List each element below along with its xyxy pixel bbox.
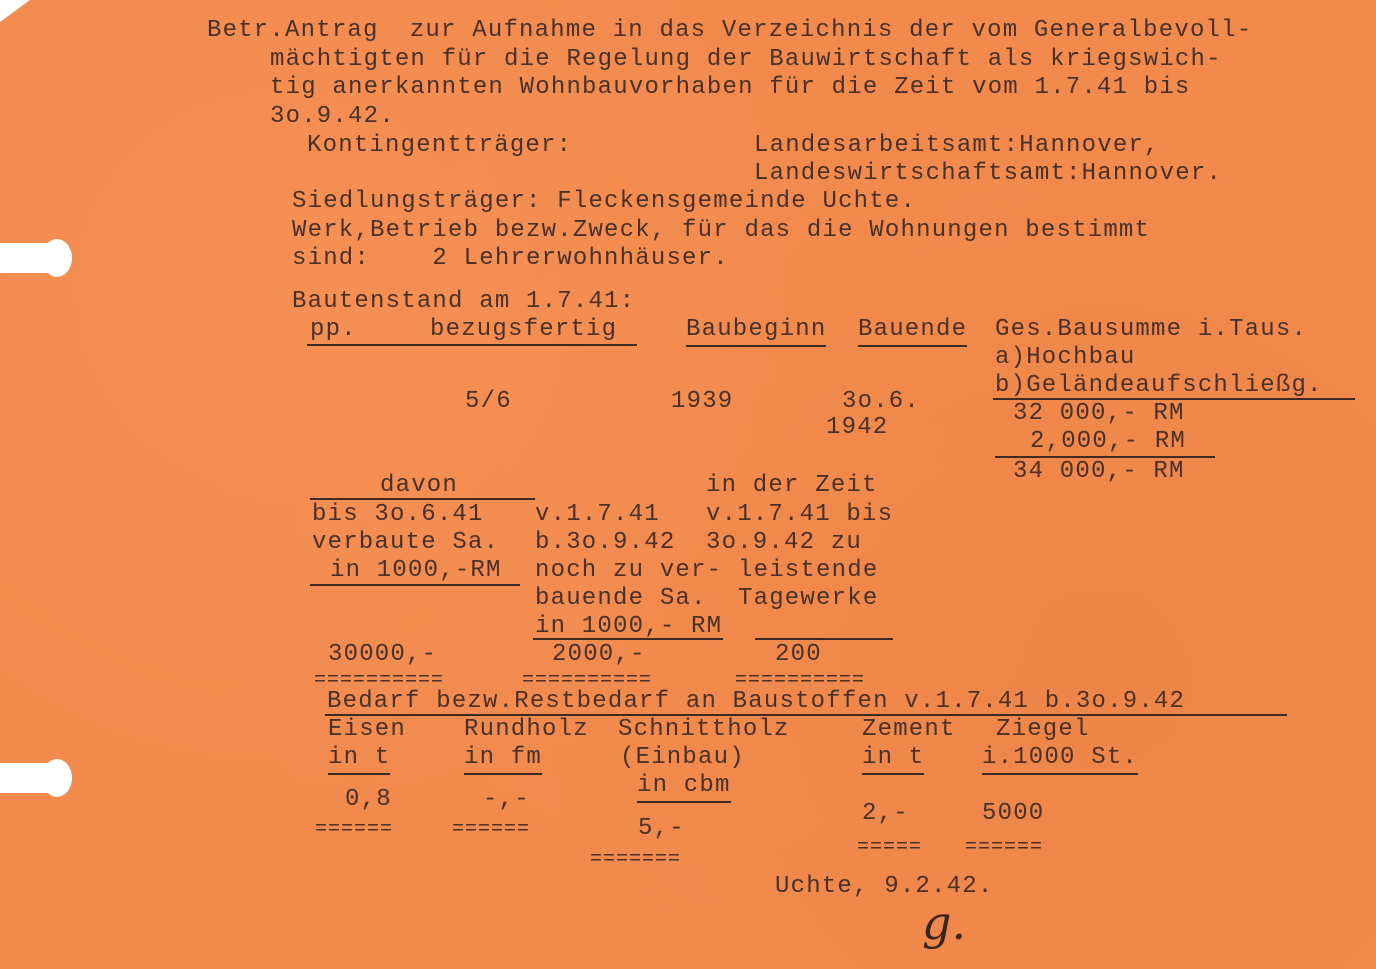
- header-hochbau: a)Hochbau: [995, 344, 1135, 372]
- kontingent-value-2: Landeswirtschaftsamt:Hannover.: [754, 160, 1222, 188]
- zeit-label: in der Zeit: [706, 472, 878, 500]
- subject-line-2: mächtigten für die Regelung der Bauwirts…: [270, 46, 1222, 74]
- eisen-unit: in t: [328, 744, 390, 775]
- col2-line-4: bauende Sa.: [535, 585, 707, 613]
- subject-line-3: tig anerkannten Wohnbauvorhaben für die …: [270, 74, 1191, 102]
- zement-name: Zement: [862, 716, 956, 744]
- header-pp: pp.: [310, 316, 357, 344]
- value-tagewerke: 200: [775, 641, 822, 669]
- header-baubeginn: Baubeginn: [686, 316, 826, 347]
- header-bausumme: Ges.Bausumme i.Taus.: [995, 316, 1307, 344]
- col2-line-5: in 1000,- RM: [535, 613, 722, 641]
- eisen-rule: ======: [315, 820, 393, 840]
- rundholz-name: Rundholz: [464, 716, 589, 744]
- davon-label: davon: [380, 472, 458, 500]
- col1-line-3: in 1000,-RM: [330, 557, 502, 585]
- col2-line-1: v.1.7.41: [535, 501, 660, 529]
- signature: g.: [922, 896, 966, 950]
- punch-hole-bottom: [0, 763, 72, 793]
- eisen-value: 0,8: [345, 786, 392, 814]
- col1-line-1: bis 3o.6.41: [312, 501, 484, 529]
- col3-line-3: leistende: [738, 557, 878, 585]
- davon-rule: [310, 498, 535, 500]
- schnittholz-name: Schnittholz: [618, 716, 790, 744]
- werk-line-2: sind: 2 Lehrerwohnhäuser.: [292, 245, 729, 273]
- underline-bezugsfertig: [307, 344, 637, 346]
- rundholz-rule: ======: [452, 820, 530, 840]
- header-gelaende: b)Geländeaufschließg.: [995, 372, 1323, 400]
- zement-value: 2,-: [862, 800, 909, 828]
- value-bezugsfertig: 5/6: [465, 388, 512, 416]
- col3-rule: [755, 638, 893, 640]
- col1-rule: [310, 584, 520, 586]
- ziegel-value: 5000: [982, 800, 1044, 828]
- kontingent-value-1: Landesarbeitsamt:Hannover,: [754, 132, 1160, 160]
- value-bauende-1: 3o.6.: [842, 388, 920, 416]
- bautenstand-title: Bautenstand am 1.7.41:: [292, 288, 635, 316]
- ziegel-rule: ======: [965, 838, 1043, 858]
- ziegel-name: Ziegel: [996, 716, 1090, 744]
- value-hochbau: 32 000,- RM: [1013, 400, 1185, 428]
- col3-line-4: Tagewerke: [738, 585, 878, 613]
- zement-rule: =====: [857, 838, 922, 858]
- value-gelaende: 2,000,- RM: [1030, 428, 1186, 456]
- col2-line-2: b.3o.9.42: [535, 529, 675, 557]
- ziegel-unit: i.1000 St.: [982, 744, 1138, 775]
- zement-unit: in t: [862, 744, 924, 775]
- value-noch-zu-verbauen: 2000,-: [552, 641, 646, 669]
- punch-hole-top: [0, 243, 72, 273]
- schnittholz-unit: in cbm: [637, 772, 731, 803]
- col3-line-2: 3o.9.42 zu: [706, 529, 862, 557]
- col1-line-2: verbaute Sa.: [312, 529, 499, 557]
- col3-line-1: v.1.7.41 bis: [706, 501, 893, 529]
- value-verbaut: 30000,-: [328, 641, 437, 669]
- header-bauende: Bauende: [858, 316, 967, 347]
- torn-corner: [0, 0, 30, 22]
- bedarf-title: Bedarf bezw.Restbedarf an Baustoffen v.1…: [327, 688, 1185, 716]
- value-baubeginn: 1939: [671, 388, 733, 416]
- col2-rule: [533, 638, 723, 640]
- col2-line-3: noch zu ver-: [535, 557, 722, 585]
- schnittholz-value: 5,-: [638, 815, 685, 843]
- subject-line-4: 3o.9.42.: [270, 103, 395, 131]
- value-total: 34 000,- RM: [1013, 458, 1185, 486]
- document-page: Betr.Antrag zur Aufnahme in das Verzeich…: [0, 0, 1376, 969]
- werk-line-1: Werk,Betrieb bezw.Zweck, für das die Woh…: [292, 217, 1150, 245]
- schnittholz-rule: =======: [590, 850, 681, 870]
- siedlungstraeger: Siedlungsträger: Fleckensgemeinde Uchte.: [292, 188, 916, 216]
- rundholz-value: -,-: [483, 786, 530, 814]
- header-bezugsfertig: bezugsfertig: [430, 316, 617, 344]
- eisen-name: Eisen: [328, 716, 406, 744]
- schnittholz-unit-1: (Einbau): [620, 744, 745, 772]
- rundholz-unit: in fm: [464, 744, 542, 775]
- value-bauende-2: 1942: [826, 414, 888, 442]
- subject-line-1: Betr.Antrag zur Aufnahme in das Verzeich…: [207, 17, 1252, 45]
- kontingent-label: Kontingentträger:: [307, 132, 572, 160]
